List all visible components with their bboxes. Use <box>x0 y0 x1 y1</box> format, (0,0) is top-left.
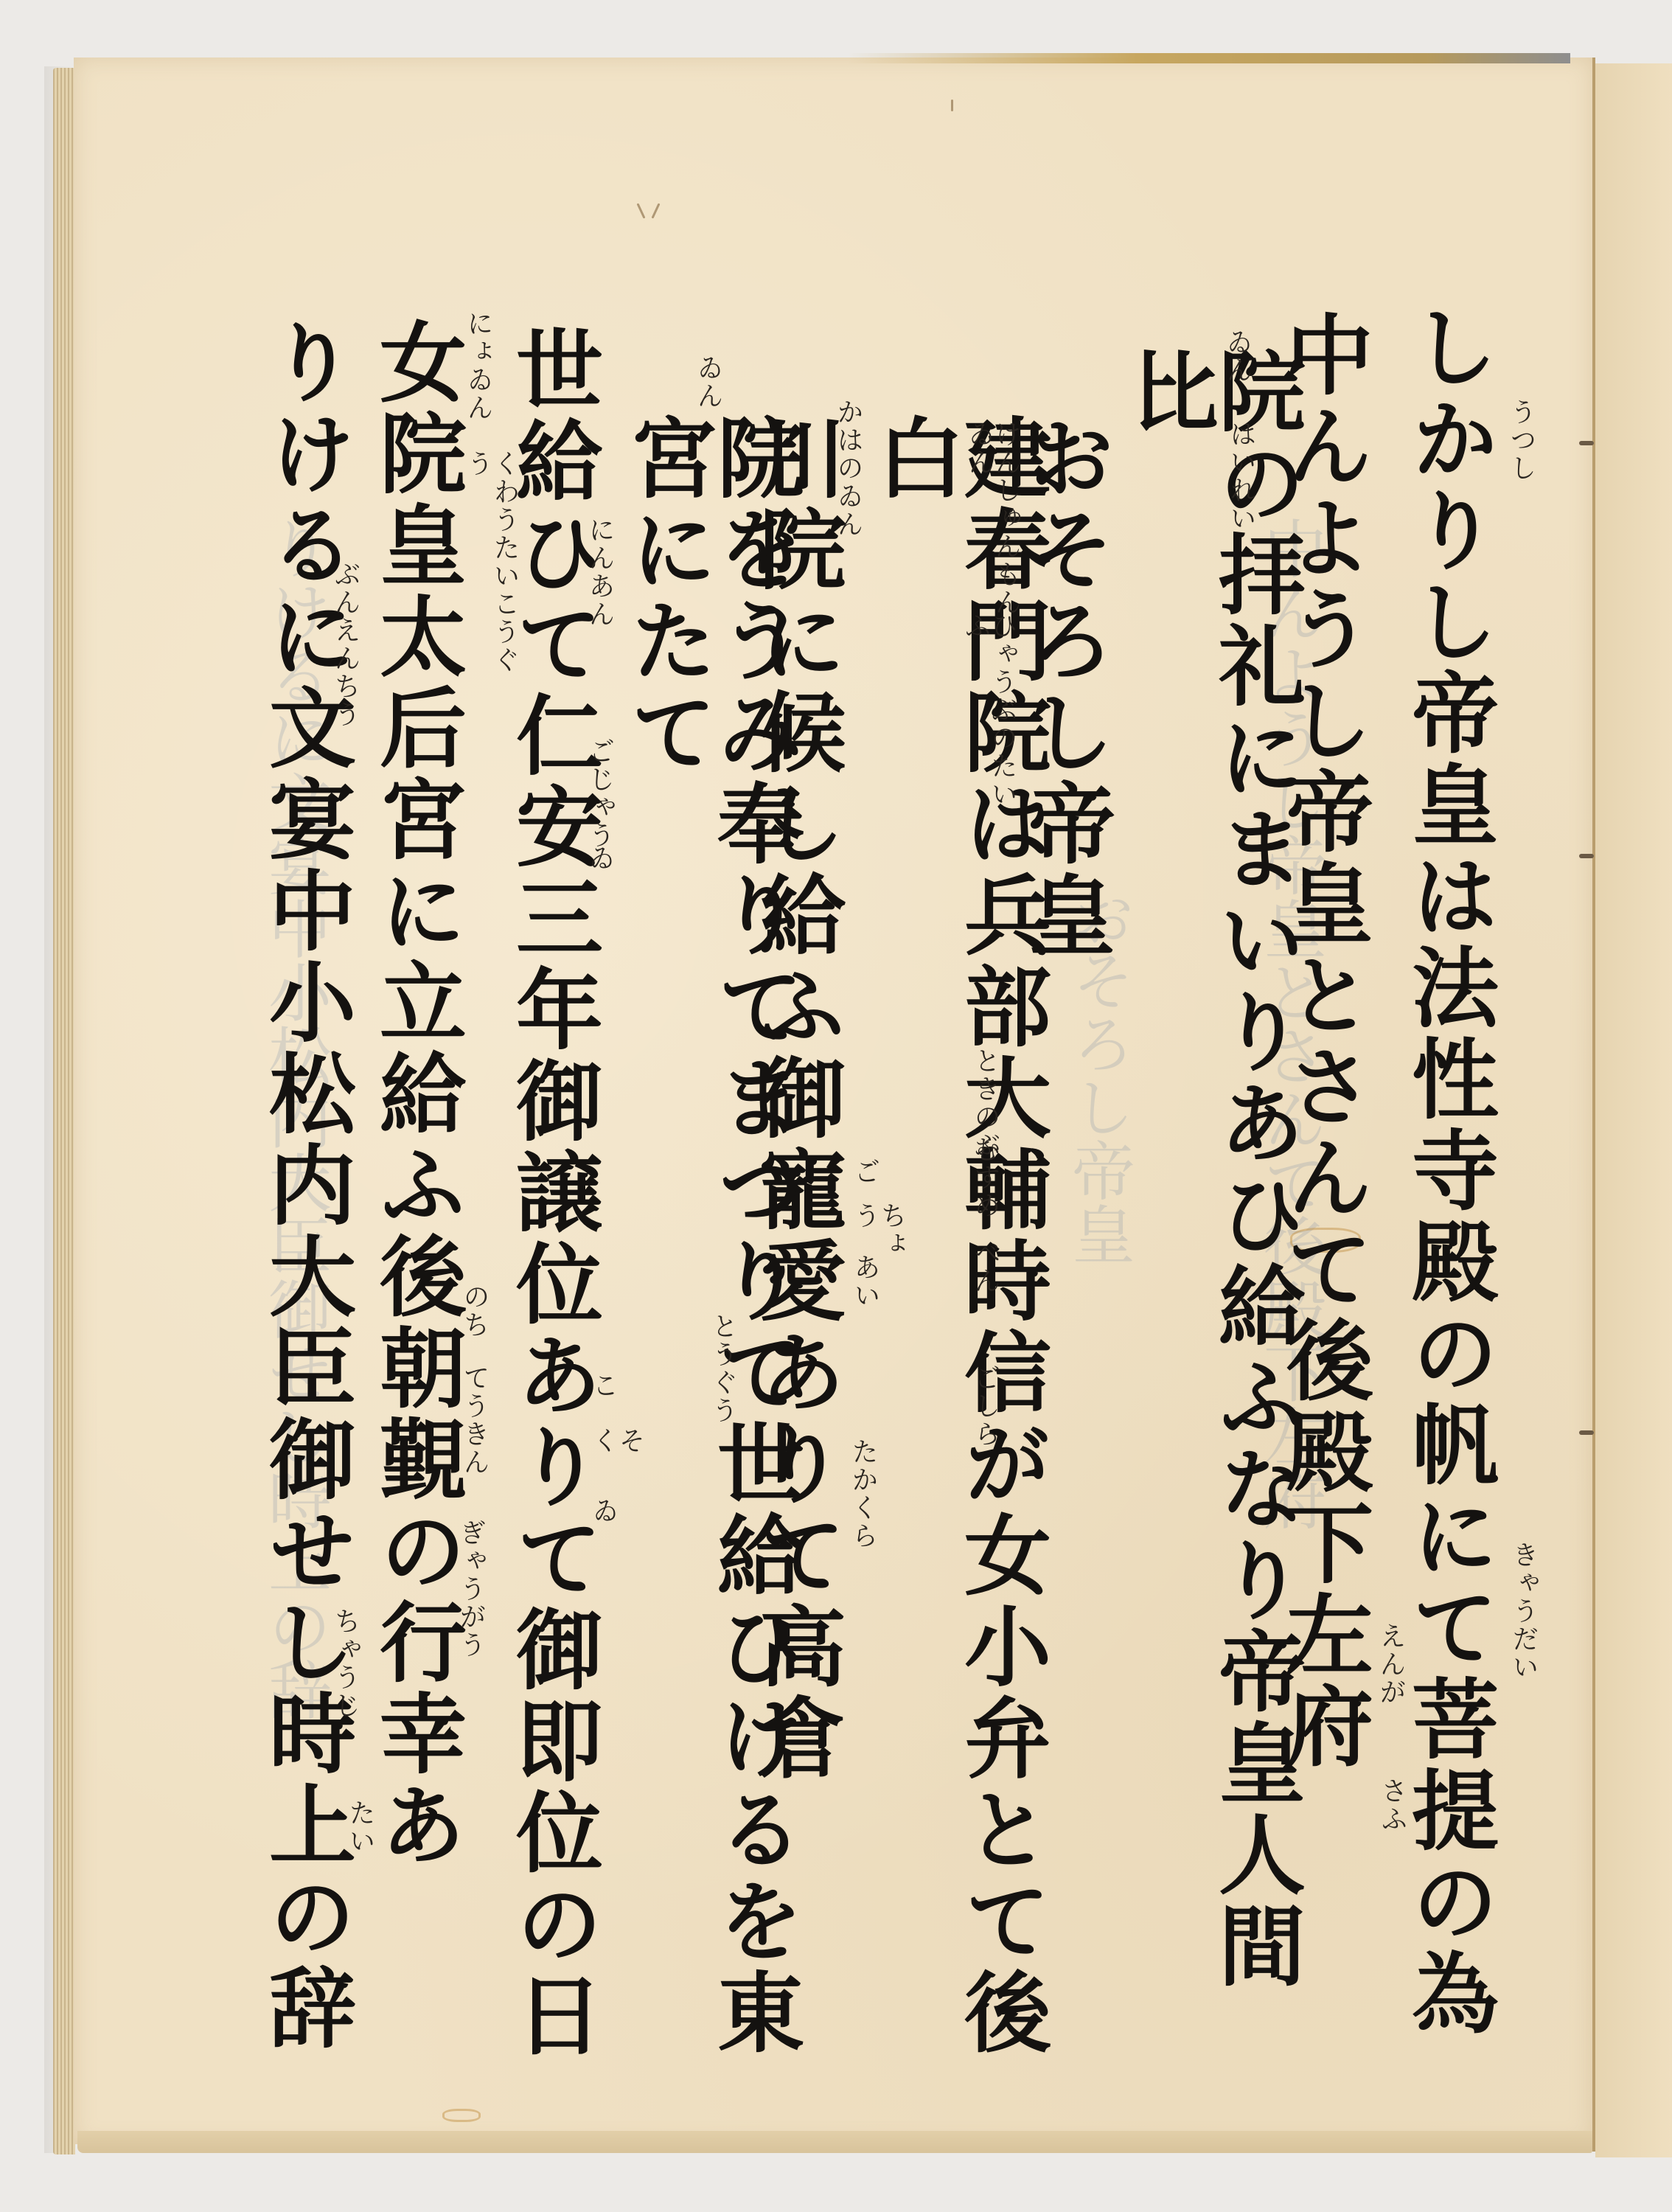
furigana: たい <box>346 1799 373 1858</box>
paper-stain <box>442 2109 481 2122</box>
furigana: はいれい <box>1227 420 1254 538</box>
furigana: のち <box>461 1283 487 1349</box>
furigana: ゐん <box>1224 328 1250 402</box>
furigana: とうぐう <box>709 1312 736 1460</box>
furigana: ひゃうぶのたいふ <box>962 612 1015 833</box>
binding-hole-mark <box>1579 1430 1594 1435</box>
furigana: ごしら <box>972 1364 998 1482</box>
furigana: べん <box>972 1239 998 1298</box>
binding-hole-mark <box>1579 854 1594 858</box>
binding-edge <box>848 53 1570 63</box>
next-page-edge <box>1595 63 1672 2157</box>
furigana: ぎゃうがう <box>457 1519 484 1666</box>
furigana: ご <box>851 1158 878 1194</box>
text-column-7: 院をうみ奉りてまつりて世給ひけるを東宮にたて <box>623 413 797 2065</box>
text-column-9: 女院皇太后宮に立給ふ後朝覲の行幸あ <box>372 317 459 2065</box>
page-bottom-edge <box>77 2131 1592 2153</box>
furigana: むすめ <box>972 1135 998 1246</box>
furigana: けんしゅんもんゐん <box>966 420 1019 627</box>
furigana: ちゃうじ <box>332 1607 358 1725</box>
furigana: かはのゐん <box>835 398 861 546</box>
furigana: ゐ <box>590 1497 616 1534</box>
furigana: うつし <box>1508 398 1534 516</box>
furigana: ごじゃう <box>586 737 613 855</box>
furigana: ゐん <box>694 354 721 413</box>
furigana: ゐ <box>586 844 613 881</box>
furigana: ぶんえんちう <box>332 560 358 782</box>
binding-hole-mark <box>1579 441 1594 445</box>
page-stack-edges <box>53 68 75 2154</box>
text-column-3: 院の拝礼にまいりあひ給ふなり帝皇人間比 <box>1124 347 1298 2072</box>
furigana: きゃうだい <box>1510 1541 1536 1725</box>
furigana: さふ <box>1379 1777 1405 1888</box>
furigana: にょゐん <box>464 310 491 428</box>
text-column-8: 世給ひて仁安三年御譲位ありて御即位の日 <box>509 324 596 2065</box>
furigana: たかくら <box>849 1438 876 1585</box>
furigana: てうきん <box>461 1364 487 1482</box>
furigana: そく <box>590 1427 643 1464</box>
paper-fiber <box>951 100 953 111</box>
furigana: こ <box>590 1371 616 1408</box>
furigana: ちょう <box>851 1202 905 1261</box>
furigana: にんあん <box>586 516 613 634</box>
furigana: えんが <box>1377 1622 1404 1733</box>
text-column-1: しかりし帝皇は法性寺殿の帆にて菩提の為 <box>1404 302 1491 2072</box>
furigana: あい <box>851 1253 878 1312</box>
furigana: くわうたいこうぐう <box>464 450 518 693</box>
